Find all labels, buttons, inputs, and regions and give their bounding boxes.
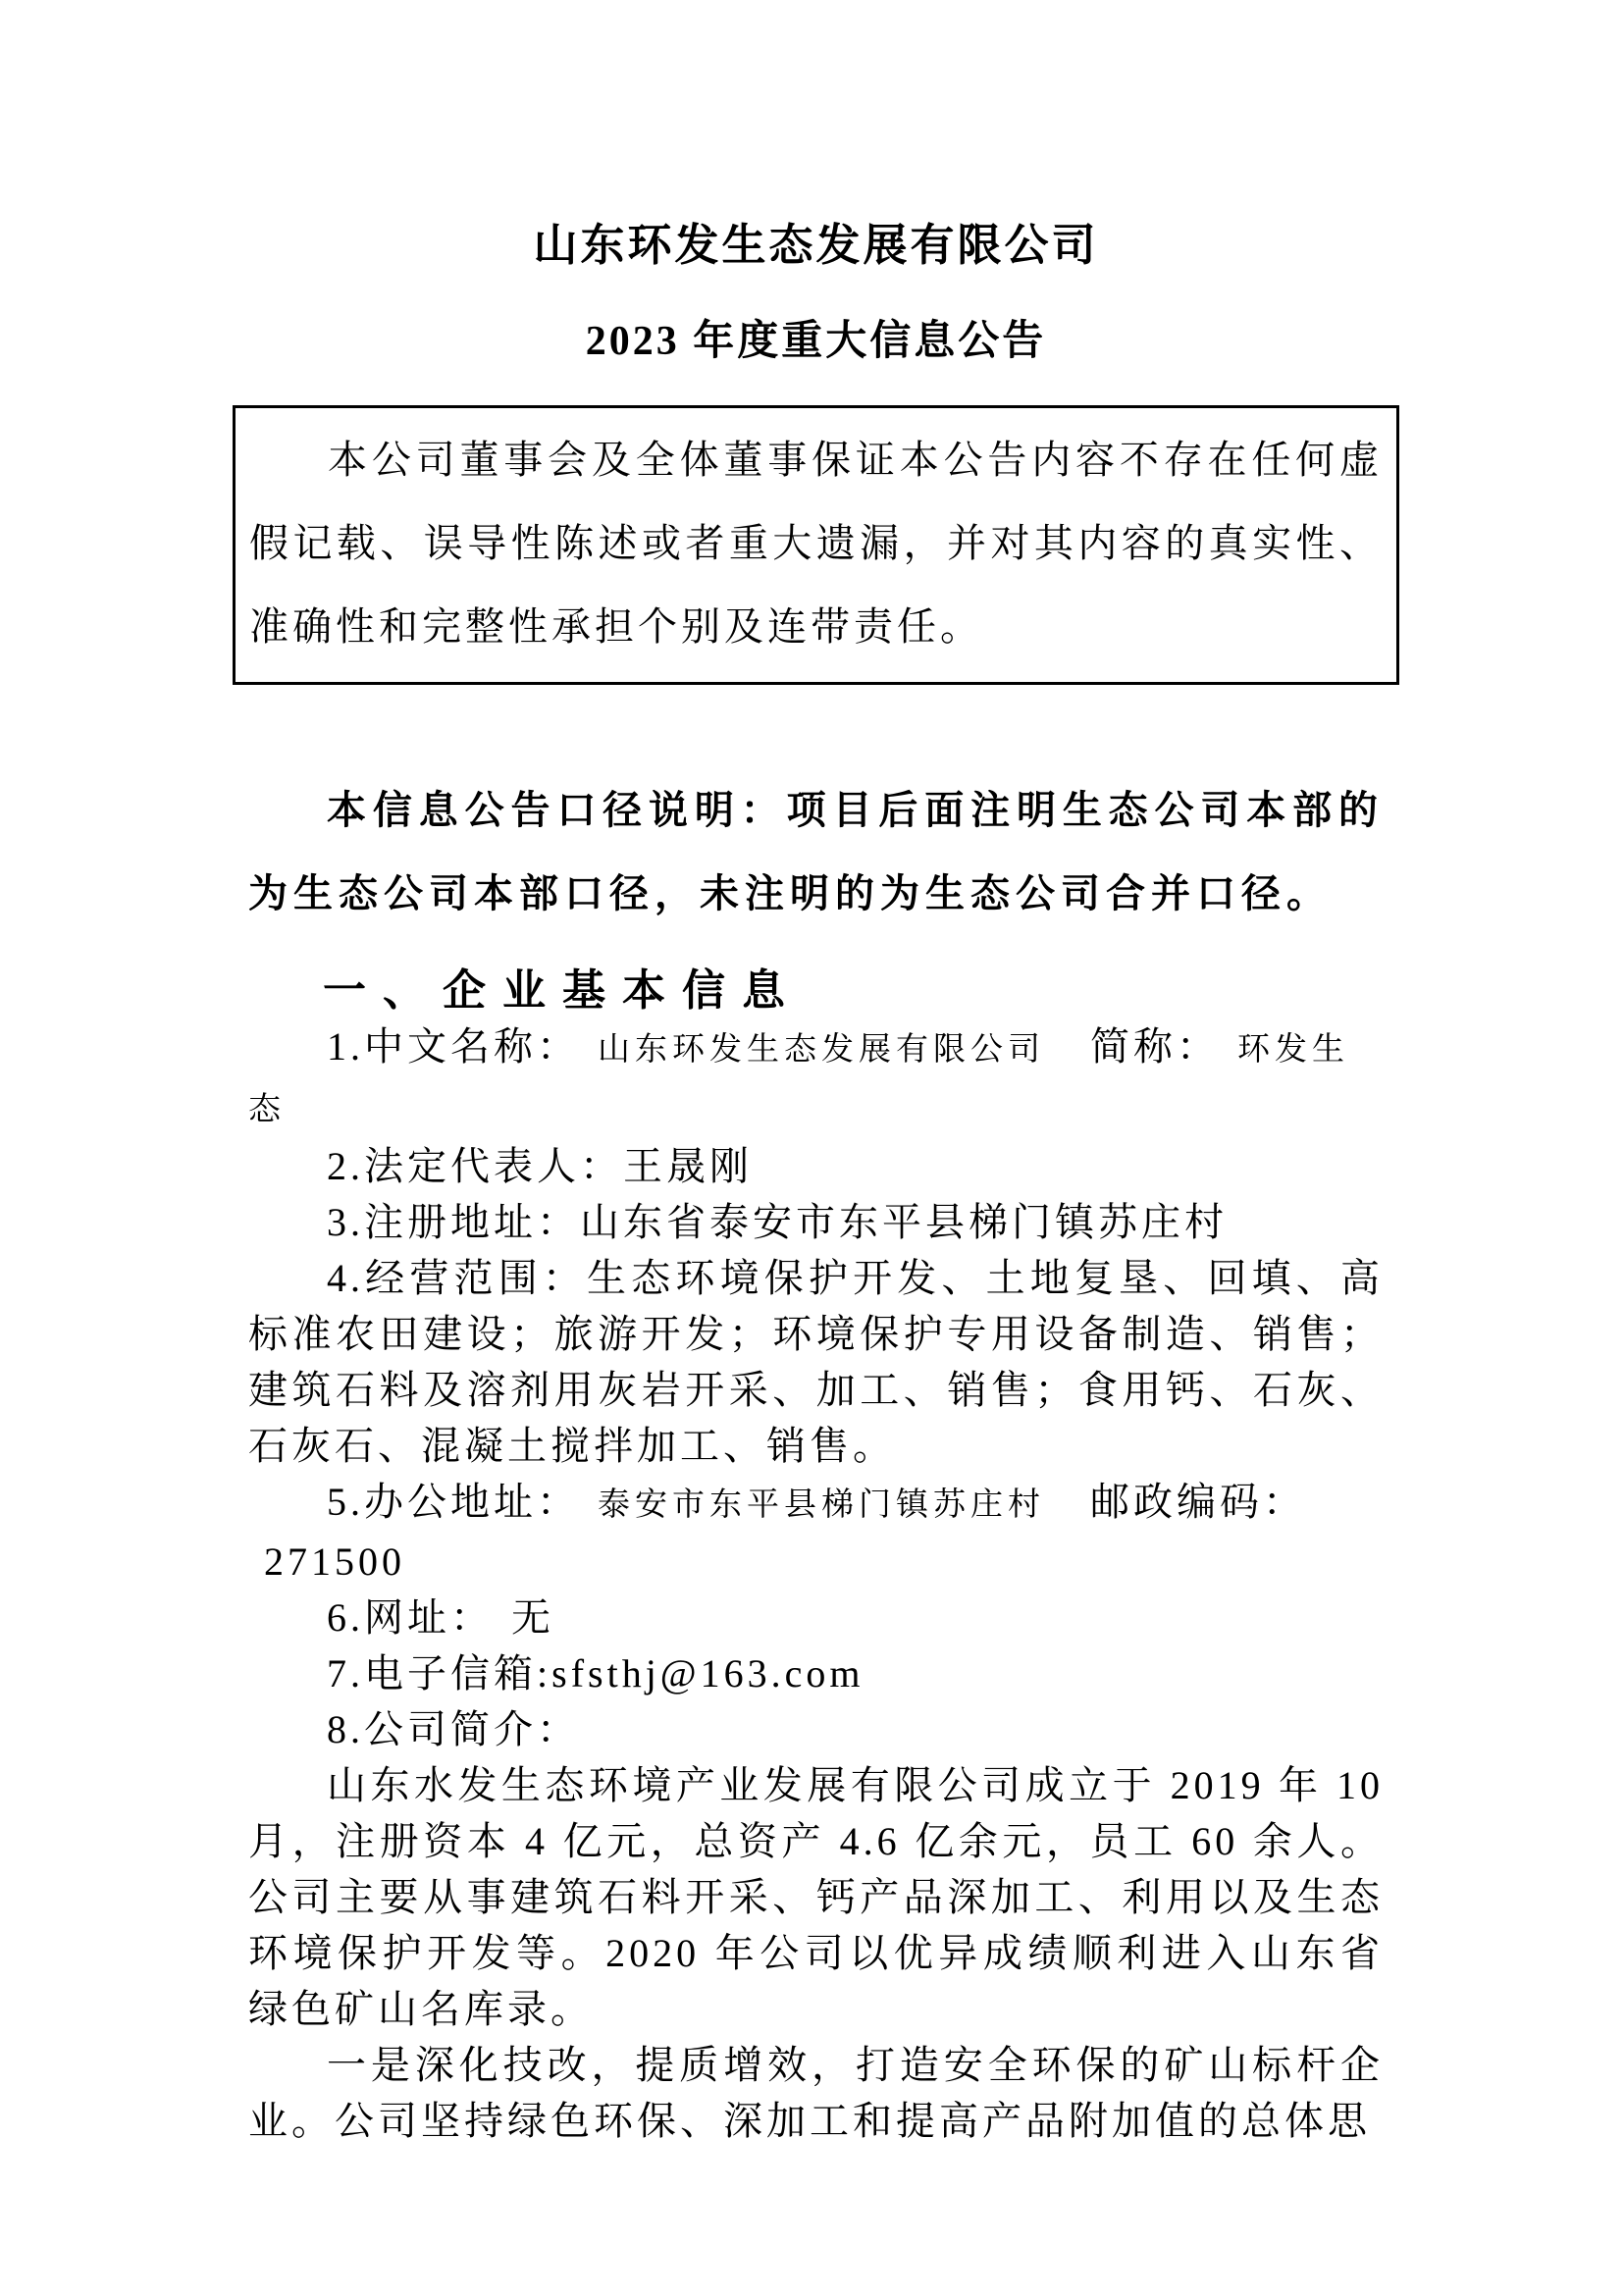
- item-company-profile-label: 8.公司简介：: [248, 1701, 1384, 1757]
- section-heading-basic-info: 一、企业基本信息: [248, 963, 1384, 1018]
- item-registered-address: 3.注册地址：山东省泰安市东平县梯门镇苏庄村: [248, 1194, 1384, 1250]
- document-title: 山东环发生态发展有限公司: [248, 214, 1384, 277]
- email-label: 7.电子信箱:: [327, 1651, 551, 1695]
- chinese-name-label: 1.中文名称：: [327, 1024, 580, 1069]
- company-profile-label: 8.公司简介：: [327, 1707, 580, 1751]
- company-profile-paragraph-1: 山东水发生态环境产业发展有限公司成立于 2019 年 10月，注册资本 4 亿元…: [248, 1757, 1384, 2037]
- item-office-address: 5.办公地址：泰安市东平县梯门镇苏庄村邮政编码：271500: [248, 1474, 1384, 1590]
- registered-address-value: 山东省泰安市东平县梯门镇苏庄村: [580, 1200, 1228, 1244]
- website-value: 无: [511, 1595, 554, 1640]
- item-chinese-name: 1.中文名称：山东环发生态发展有限公司简称：环发生态: [248, 1018, 1384, 1138]
- document-page: 山东环发生态发展有限公司 2023 年度重大信息公告 本公司董事会及全体董事保证…: [0, 0, 1624, 2295]
- postal-code-label: 邮政编码：: [1090, 1480, 1306, 1524]
- chinese-name-value: 山东环发生态发展有限公司: [598, 1032, 1045, 1068]
- item-business-scope: 4.经营范围：生态环境保护开发、土地复垦、回填、高标准农田建设；旅游开发；环境保…: [248, 1250, 1384, 1474]
- item-email: 7.电子信箱:sfsthj@163.com: [248, 1645, 1384, 1701]
- legal-rep-value: 王晟刚: [623, 1144, 753, 1188]
- item-legal-representative: 2.法定代表人：王晟刚: [248, 1138, 1384, 1194]
- item-website: 6.网址：无: [248, 1590, 1384, 1645]
- board-statement-box: 本公司董事会及全体董事保证本公告内容不存在任何虚假记载、误导性陈述或者重大遗漏，…: [233, 405, 1399, 685]
- office-address-label: 5.办公地址：: [327, 1480, 580, 1524]
- business-scope-label: 4.经营范围：: [327, 1256, 587, 1300]
- registered-address-label: 3.注册地址：: [327, 1200, 580, 1244]
- abbr-label: 简称：: [1090, 1024, 1220, 1069]
- email-value: sfsthj@163.com: [551, 1651, 864, 1695]
- website-label: 6.网址：: [327, 1595, 494, 1640]
- company-profile-paragraph-2: 一是深化技改，提质增效，打造安全环保的矿山标杆企业。公司坚持绿色环保、深加工和提…: [248, 2037, 1384, 2149]
- board-statement-text: 本公司董事会及全体董事保证本公告内容不存在任何虚假记载、误导性陈述或者重大遗漏，…: [249, 418, 1383, 668]
- postal-code-value: 271500: [264, 1539, 405, 1584]
- document-subtitle: 2023 年度重大信息公告: [248, 310, 1384, 373]
- caliber-note: 本信息公告口径说明：项目后面注明生态公司本部的为生态公司本部口径，未注明的为生态…: [248, 768, 1384, 935]
- office-address-value: 泰安市东平县梯门镇苏庄村: [598, 1487, 1045, 1523]
- legal-rep-label: 2.法定代表人：: [327, 1144, 623, 1188]
